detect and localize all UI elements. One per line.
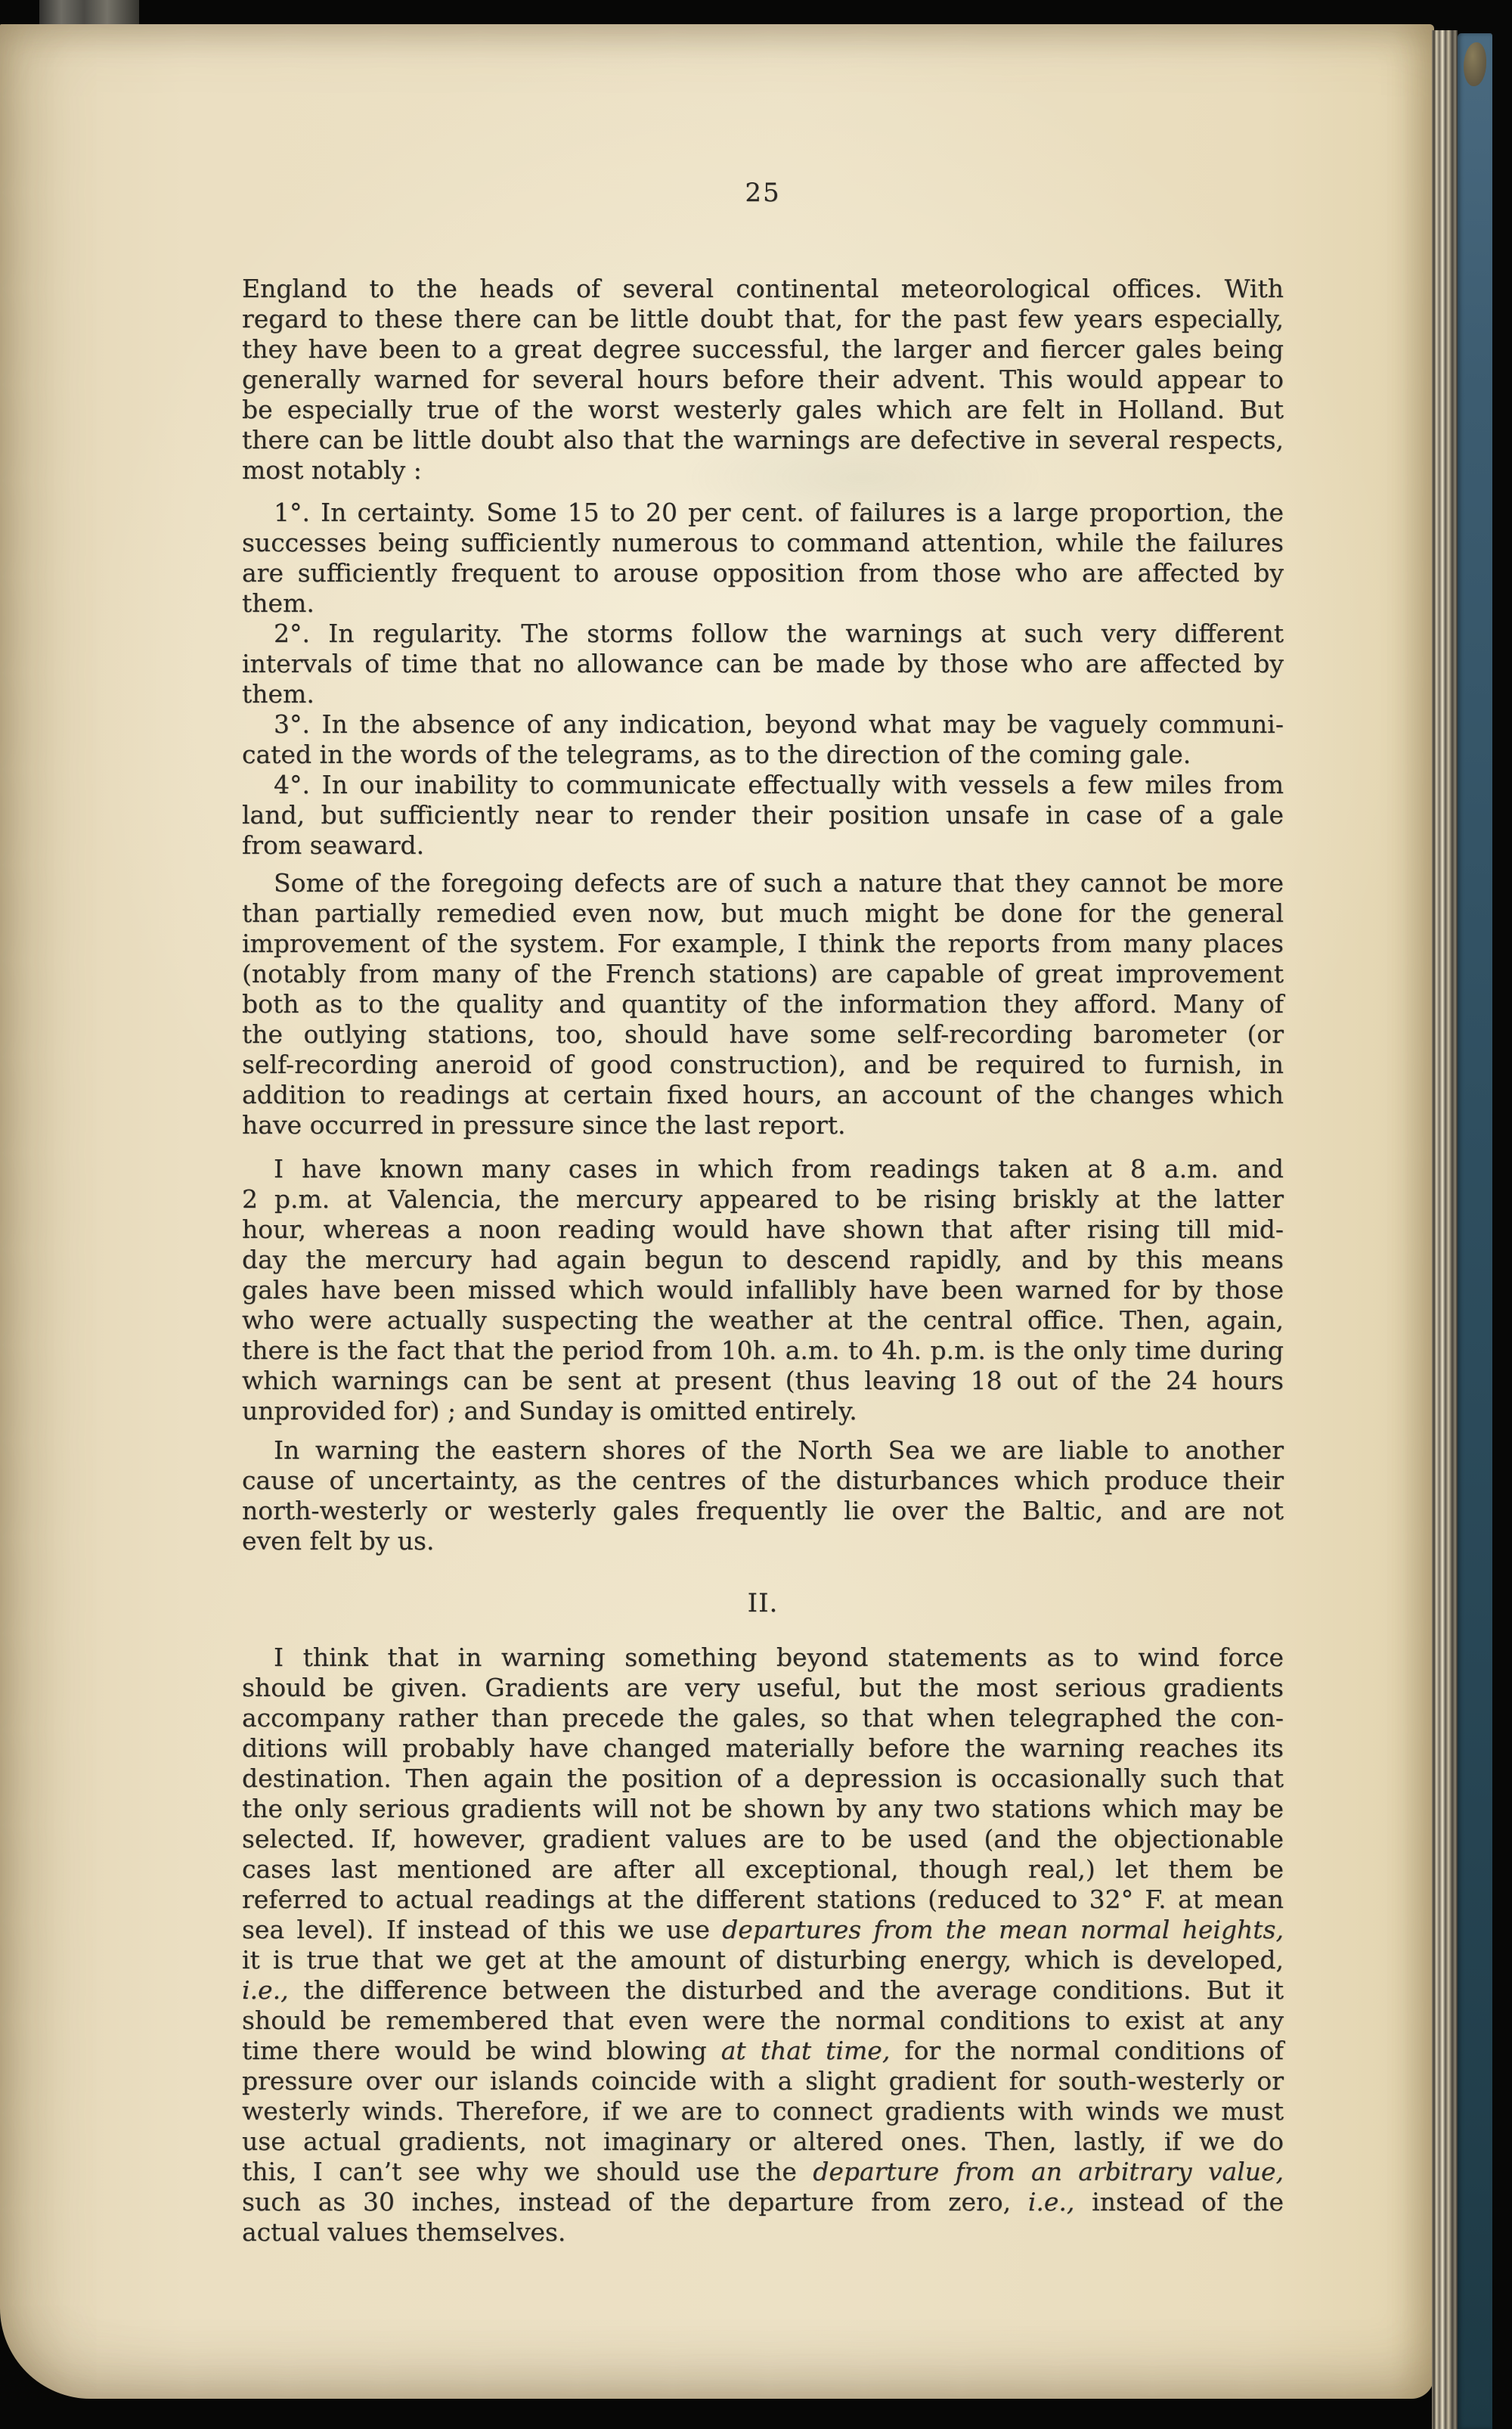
- text-line: who were actually suspecting the weather…: [242, 1305, 1284, 1335]
- text-line: both as to the quality and quantity of t…: [242, 989, 1284, 1019]
- text-line: 2 p.m. at Valencia, the mercury appeared…: [242, 1184, 1284, 1214]
- text-line: England to the heads of several continen…: [242, 274, 1284, 304]
- text-line: the only serious gradients will not be s…: [242, 1794, 1284, 1824]
- scan-background: { "page": { "number": "25" }, "section_h…: [0, 0, 1512, 2429]
- text-line: addition to readings at certain fixed ho…: [242, 1080, 1284, 1110]
- text-line: them.: [242, 588, 1284, 619]
- text-segment: sea level). If instead of this we use: [242, 1915, 722, 1944]
- italic-text-segment: departure from an arbitrary value,: [813, 2157, 1284, 2186]
- text-line: the outlying stations, too, should have …: [242, 1019, 1284, 1050]
- text-line: north-westerly or westerly gales frequen…: [242, 1496, 1284, 1526]
- text-line: it is true that we get at the amount of …: [242, 1945, 1284, 1975]
- binding-cloth-patch: [39, 0, 139, 24]
- text-line: cases last mentioned are after all excep…: [242, 1854, 1284, 1885]
- text-line: self-recording aneroid of good construct…: [242, 1050, 1284, 1080]
- paragraph-remedies: Some of the foregoing defects are of suc…: [242, 868, 1284, 1140]
- text-line: land, but sufficiently near to render th…: [242, 800, 1284, 830]
- paragraph-defect-2: 2°. In regularity. The storms follow the…: [242, 619, 1284, 709]
- text-line: day the mercury had again begun to desce…: [242, 1245, 1284, 1275]
- text-line: this, I can’t see why we should use the …: [242, 2157, 1284, 2187]
- section-heading: II.: [242, 1588, 1284, 1618]
- text-line: sea level). If instead of this we use de…: [242, 1915, 1284, 1945]
- text-line: should be given. Gradients are very usef…: [242, 1673, 1284, 1703]
- text-line: should be remembered that even were the …: [242, 2006, 1284, 2036]
- text-line: unprovided for) ; and Sunday is omitted …: [242, 1396, 1284, 1426]
- text-line: use actual gradients, not imaginary or a…: [242, 2127, 1284, 2157]
- text-line: gales have been missed which would infal…: [242, 1275, 1284, 1305]
- text-line: I have known many cases in which from re…: [242, 1154, 1284, 1184]
- page-number: 25: [242, 178, 1284, 208]
- text-line: intervals of time that no allowance can …: [242, 649, 1284, 679]
- paragraph-intro: England to the heads of several continen…: [242, 274, 1284, 485]
- text-line: 3°. In the absence of any indication, be…: [242, 709, 1284, 740]
- text-segment: for the normal conditions of: [890, 2036, 1284, 2065]
- text-line: which warnings can be sent at present (t…: [242, 1366, 1284, 1396]
- text-line: improvement of the system. For example, …: [242, 929, 1284, 959]
- text-line: have occurred in pressure since the last…: [242, 1110, 1284, 1140]
- text-line: i.e., the difference between the disturb…: [242, 1975, 1284, 2006]
- text-segment: the difference between the disturbed and…: [289, 1975, 1284, 2005]
- text-line: In warning the eastern shores of the Nor…: [242, 1435, 1284, 1466]
- text-line: than partially remedied even now, but mu…: [242, 898, 1284, 929]
- paragraph-valencia-example: I have known many cases in which from re…: [242, 1154, 1284, 1426]
- text-line: selected. If, however, gradient values a…: [242, 1824, 1284, 1854]
- text-line: there can be little doubt also that the …: [242, 425, 1284, 455]
- paragraph-defect-1: 1°. In certainty. Some 15 to 20 per cent…: [242, 498, 1284, 619]
- text-line: most notably :: [242, 455, 1284, 485]
- italic-text-segment: departures from the mean normal heights,: [722, 1915, 1284, 1944]
- text-line: time there would be wind blowing at that…: [242, 2036, 1284, 2066]
- text-line: generally warned for several hours befor…: [242, 365, 1284, 395]
- book-page: 25 England to the heads of several conti…: [0, 24, 1434, 2399]
- text-line: I think that in warning something beyond…: [242, 1643, 1284, 1673]
- page-fore-edge: [1432, 30, 1458, 2429]
- text-line: be especially true of the worst westerly…: [242, 395, 1284, 425]
- text-line: actual values themselves.: [242, 2217, 1284, 2248]
- text-line: 4°. In our inability to communicate effe…: [242, 770, 1284, 800]
- paragraph-defect-3: 3°. In the absence of any indication, be…: [242, 709, 1284, 770]
- text-line: regard to these there can be little doub…: [242, 304, 1284, 334]
- italic-text-segment: at that time,: [721, 2036, 891, 2065]
- text-line: pressure over our islands coincide with …: [242, 2066, 1284, 2096]
- text-segment: time there would be wind blowing: [242, 2036, 721, 2065]
- text-line: even felt by us.: [242, 1526, 1284, 1556]
- text-line: hour, whereas a noon reading would have …: [242, 1214, 1284, 1245]
- text-line: referred to actual readings at the diffe…: [242, 1885, 1284, 1915]
- text-line: accompany rather than precede the gales,…: [242, 1703, 1284, 1733]
- text-line: 1°. In certainty. Some 15 to 20 per cent…: [242, 498, 1284, 528]
- text-line: from seaward.: [242, 830, 1284, 861]
- italic-text-segment: i.e.,: [242, 1975, 289, 2005]
- text-segment: such as 30 inches, instead of the depart…: [242, 2187, 1028, 2217]
- book-cover-edge: [1458, 33, 1492, 2429]
- text-line: cated in the words of the telegrams, as …: [242, 740, 1284, 770]
- text-line: ditions will probably have changed mater…: [242, 1733, 1284, 1764]
- text-line: westerly winds. Therefore, if we are to …: [242, 2096, 1284, 2127]
- text-line: cause of uncertainty, as the centres of …: [242, 1466, 1284, 1496]
- italic-text-segment: i.e.,: [1028, 2187, 1075, 2217]
- text-line: successes being sufficiently numerous to…: [242, 528, 1284, 558]
- text-line: are sufficiently frequent to arouse oppo…: [242, 558, 1284, 588]
- text-line: they have been to a great degree success…: [242, 334, 1284, 365]
- paragraph-defect-4: 4°. In our inability to communicate effe…: [242, 770, 1284, 861]
- text-segment: this, I can’t see why we should use the: [242, 2157, 813, 2186]
- text-line: 2°. In regularity. The storms follow the…: [242, 619, 1284, 649]
- text-line: there is the fact that the period from 1…: [242, 1335, 1284, 1366]
- text-line: (notably from many of the French station…: [242, 959, 1284, 989]
- text-line: destination. Then again the position of …: [242, 1764, 1284, 1794]
- text-line: such as 30 inches, instead of the depart…: [242, 2187, 1284, 2217]
- page-text-block: England to the heads of several continen…: [242, 274, 1284, 2248]
- text-line: Some of the foregoing defects are of suc…: [242, 868, 1284, 898]
- text-segment: instead of the: [1074, 2187, 1284, 2217]
- paragraph-gradients: I think that in warning something beyond…: [242, 1643, 1284, 2248]
- text-line: them.: [242, 679, 1284, 709]
- paragraph-north-sea: In warning the eastern shores of the Nor…: [242, 1435, 1284, 1556]
